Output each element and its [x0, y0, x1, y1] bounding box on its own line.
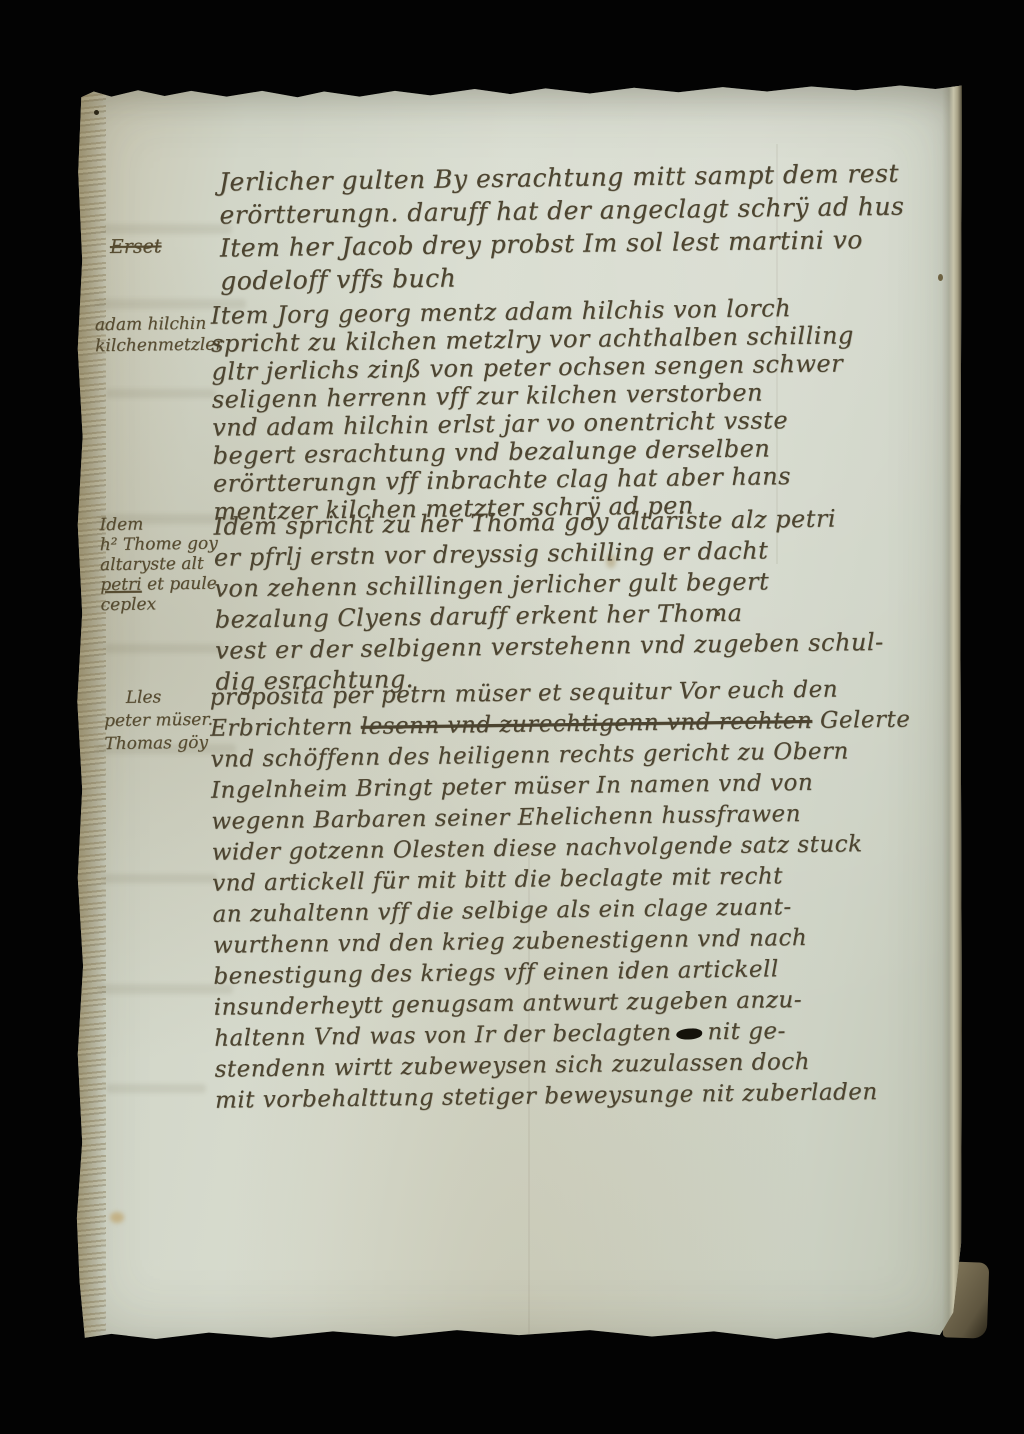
- text-segment: nit ge-: [707, 1018, 786, 1045]
- margin-note-line: Thomas göy: [104, 732, 213, 756]
- margin-note-line: peter müser.: [104, 709, 213, 733]
- text-segment: Erbrichtern: [210, 714, 361, 742]
- struck-text: lesenn vnd zurechtigenn vnd rechten: [361, 708, 813, 740]
- margin-note-text: et paule: [142, 574, 217, 595]
- paragraph-4: proposita per petrn müser et sequitur Vo…: [210, 674, 916, 1117]
- margin-note-line: kilchenmetzler: [95, 335, 224, 358]
- margin-note-erset: Erset: [110, 236, 162, 258]
- ink-blotch: [676, 1028, 702, 1039]
- text-segment: Gelerte: [812, 707, 910, 734]
- margin-note-line: ceplex: [100, 594, 218, 616]
- handwriting-layer: Erset adam hilchin kilchenmetzler Idem h…: [68, 76, 970, 1347]
- margin-note-line: petri et paule: [100, 574, 218, 596]
- margin-note-line: Erset: [110, 236, 162, 258]
- paragraph-1: Jerlicher gulten By esrachtung mitt samp…: [219, 157, 906, 298]
- margin-note-thome-goy: Idem h² Thome goy altaryste alt petri et…: [99, 514, 218, 616]
- manuscript-page: Erset adam hilchin kilchenmetzler Idem h…: [76, 84, 962, 1344]
- margin-note-adam-hilchin: adam hilchin kilchenmetzler: [95, 314, 224, 358]
- margin-note-peter-muser: Lles peter müser. Thomas göy: [104, 686, 214, 756]
- paragraph-3: Idem spricht zu her Thoma goy altariste …: [213, 503, 884, 698]
- margin-note-line: altaryste alt: [100, 554, 218, 576]
- margin-note-line: Lles: [104, 686, 213, 710]
- margin-note-line: Idem: [99, 514, 217, 536]
- margin-note-line: adam hilchin: [95, 314, 224, 337]
- underlined-word: petri: [100, 575, 142, 596]
- margin-note-line: h² Thome goy: [100, 534, 218, 556]
- paragraph-2: Item Jorg georg mentz adam hilchis von l…: [211, 293, 857, 525]
- photographic-background: { "colors":{ "background":"#030303", "pa…: [0, 0, 1024, 1434]
- text-segment: haltenn Vnd was von Ir der beclagten: [214, 1020, 672, 1052]
